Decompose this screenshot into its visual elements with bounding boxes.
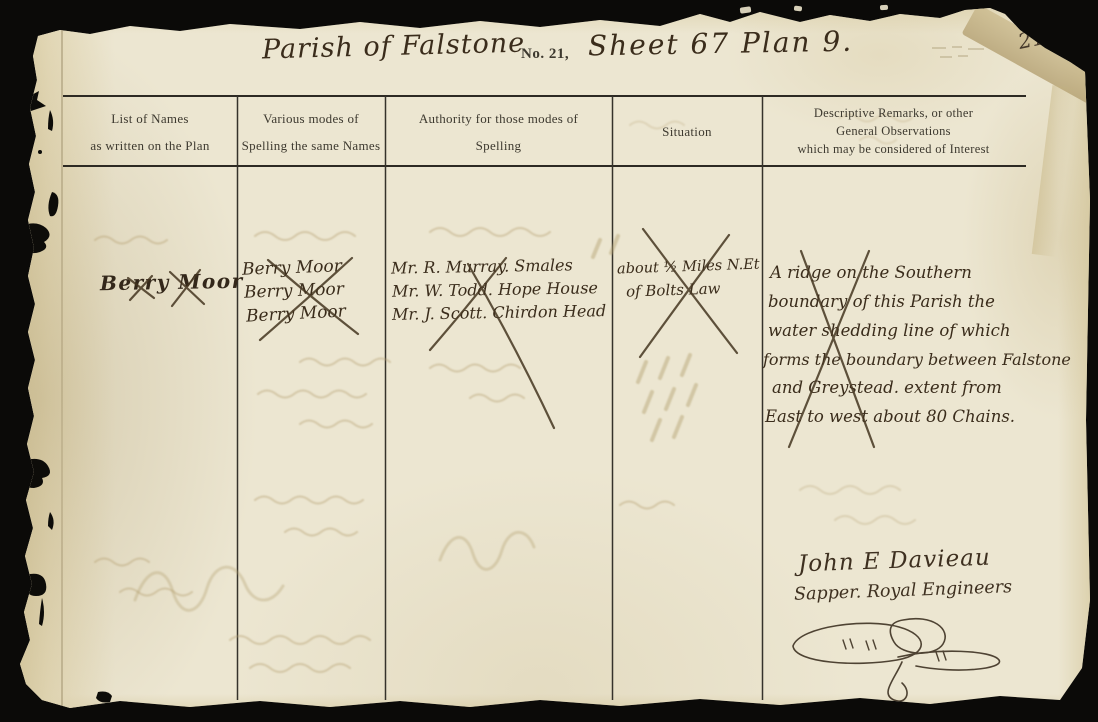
header-line: Descriptive Remarks, or other <box>814 106 973 121</box>
header-line: Various modes of <box>263 111 359 127</box>
document-page: List of Names as written on the Plan Var… <box>0 0 1098 722</box>
paper-speck <box>794 6 802 12</box>
entry-situation-line: about ½ Miles N.Et <box>617 257 760 278</box>
entry-remarks-line: East to west about 80 Chains. <box>765 407 1015 426</box>
header-line: which may be considered of Interest <box>797 142 989 157</box>
ink-blots <box>19 91 112 703</box>
header-line: General Observations <box>836 124 951 139</box>
entry-remarks-line: A ridge on the Southern <box>770 263 972 282</box>
header-line: List of Names <box>111 111 189 127</box>
paper-speck <box>740 6 752 13</box>
entry-remarks-line: and Greystead. extent from <box>772 378 1002 397</box>
signature-flourish <box>793 619 1000 701</box>
header-line: as written on the Plan <box>90 138 209 154</box>
table-rules <box>63 96 1026 700</box>
show-through-script <box>135 532 534 610</box>
column-header-authority: Authority for those modes of Spelling <box>385 100 612 164</box>
entry-remarks-line: water shedding line of which <box>768 321 1011 340</box>
signature-rank: Sapper. Royal Engineers <box>794 577 1013 605</box>
header-line: Authority for those modes of <box>419 111 578 127</box>
column-header-remarks: Descriptive Remarks, or other General Ob… <box>762 99 1025 163</box>
column-header-names: List of Names as written on the Plan <box>63 100 237 164</box>
paper-speck <box>880 5 888 11</box>
header-line: Spelling the same Names <box>242 138 381 154</box>
page-edge-stain <box>1032 85 1077 257</box>
flourish-ditto-marks <box>843 639 946 661</box>
torn-corner-fold <box>962 4 1098 110</box>
signature-name: John E Davieau <box>798 545 992 578</box>
column-header-spelling-modes: Various modes of Spelling the same Names <box>237 100 385 164</box>
entry-spelling: Berry Moor <box>244 279 344 302</box>
column-header-situation: Situation <box>612 100 762 164</box>
entry-remarks-line: boundary of this Parish the <box>768 292 995 311</box>
entry-remarks-line: forms the boundary between Falstone <box>763 350 1071 369</box>
parish-title: Parish of Falstone <box>262 28 526 66</box>
show-through-print <box>932 47 984 57</box>
entry-situation-line: of Bolts Law <box>626 279 721 300</box>
entry-spelling: Berry Moor <box>242 256 342 279</box>
header-line: Spelling <box>476 138 522 154</box>
entry-spelling: Berry Moor <box>246 301 347 326</box>
scanned-document: List of Names as written on the Plan Var… <box>0 0 1098 722</box>
entry-authority: Mr. W. Todd. Hope House <box>392 278 598 301</box>
entry-name-on-plan: Berry Moor <box>100 269 244 296</box>
entry-authority: Mr. R. Murray. Smales <box>391 255 573 277</box>
sheet-number-label: No. 21, <box>521 46 569 63</box>
entry-authority: Mr. J. Scott. Chirdon Head <box>392 301 606 324</box>
sheet-plan-title: Sheet 67 Plan 9. <box>588 25 854 63</box>
page-number: 219 <box>1016 22 1060 54</box>
header-line: Situation <box>662 124 712 140</box>
